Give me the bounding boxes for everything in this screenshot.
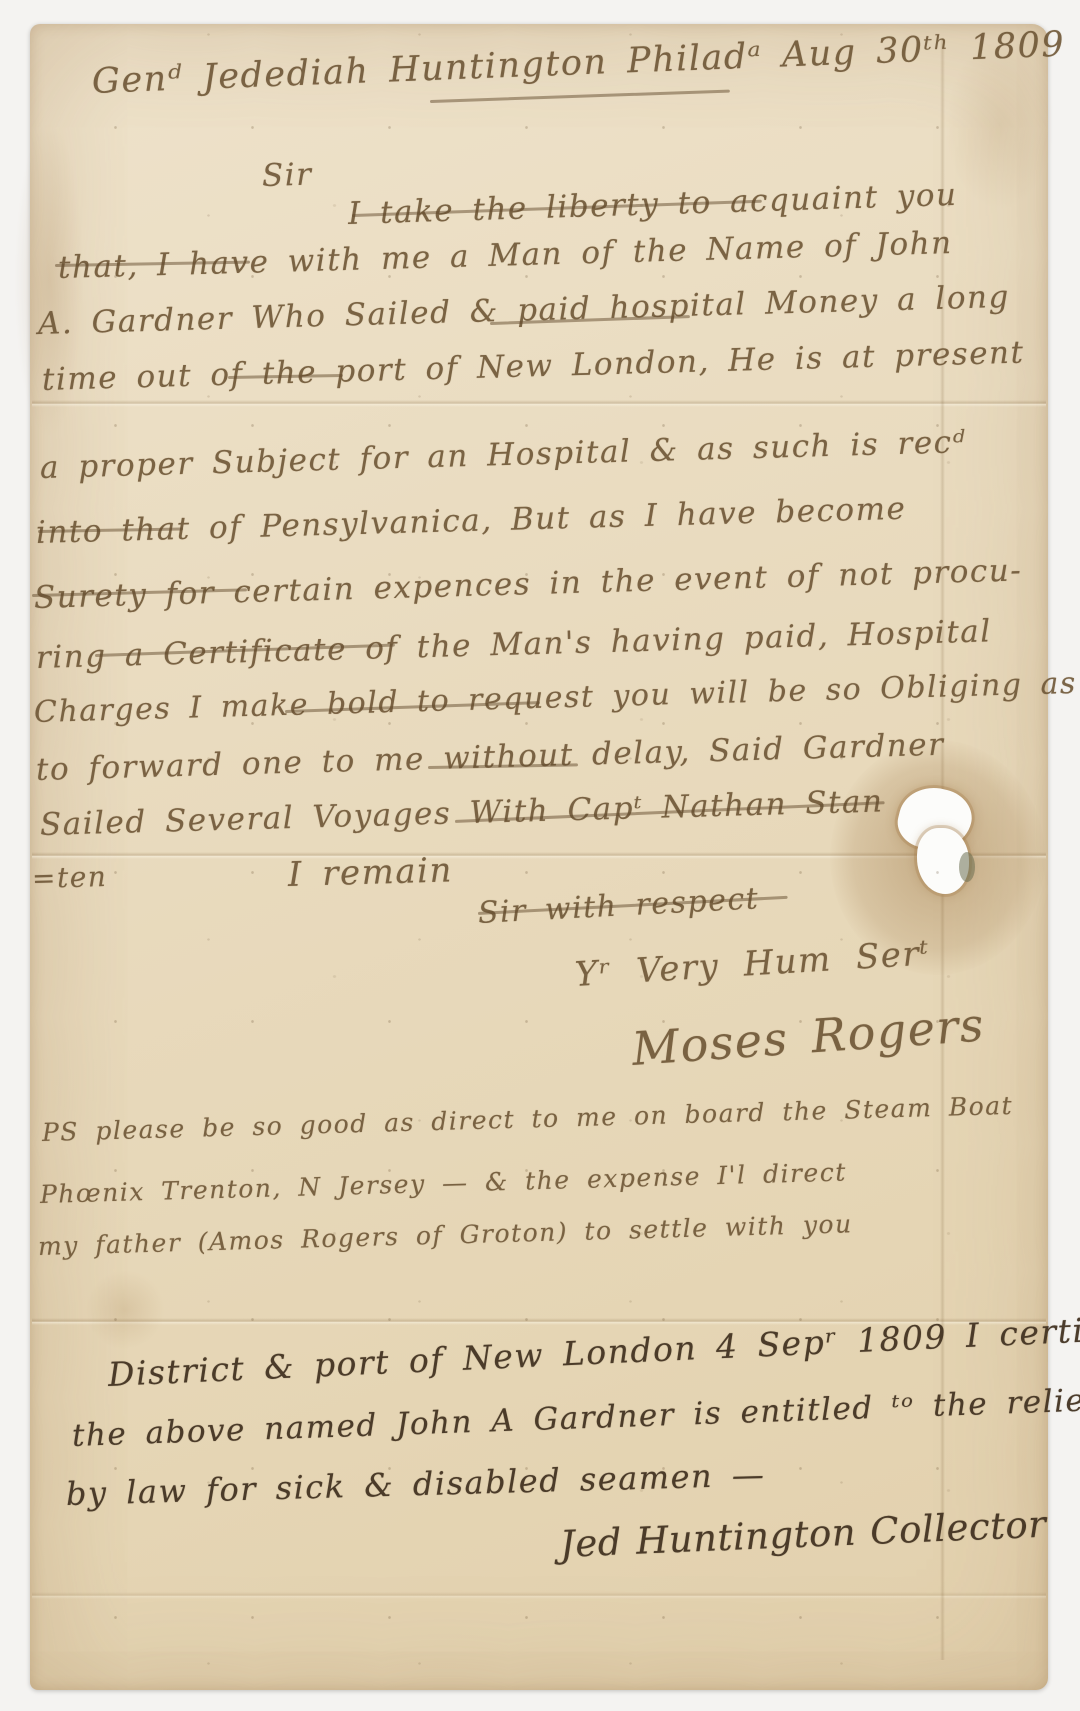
closing-line: I remain: [287, 850, 453, 895]
torn-hole: [893, 788, 1013, 918]
carryover-word: =ten: [32, 860, 108, 895]
fold-crease: [32, 400, 1046, 407]
mold-spot: [959, 852, 975, 882]
fold-crease: [32, 1592, 1046, 1599]
salutation: Sir: [261, 157, 312, 194]
letter-scan: Genᵈ Jedediah Huntington Philadᵃ Aug 30ᵗ…: [0, 0, 1080, 1711]
